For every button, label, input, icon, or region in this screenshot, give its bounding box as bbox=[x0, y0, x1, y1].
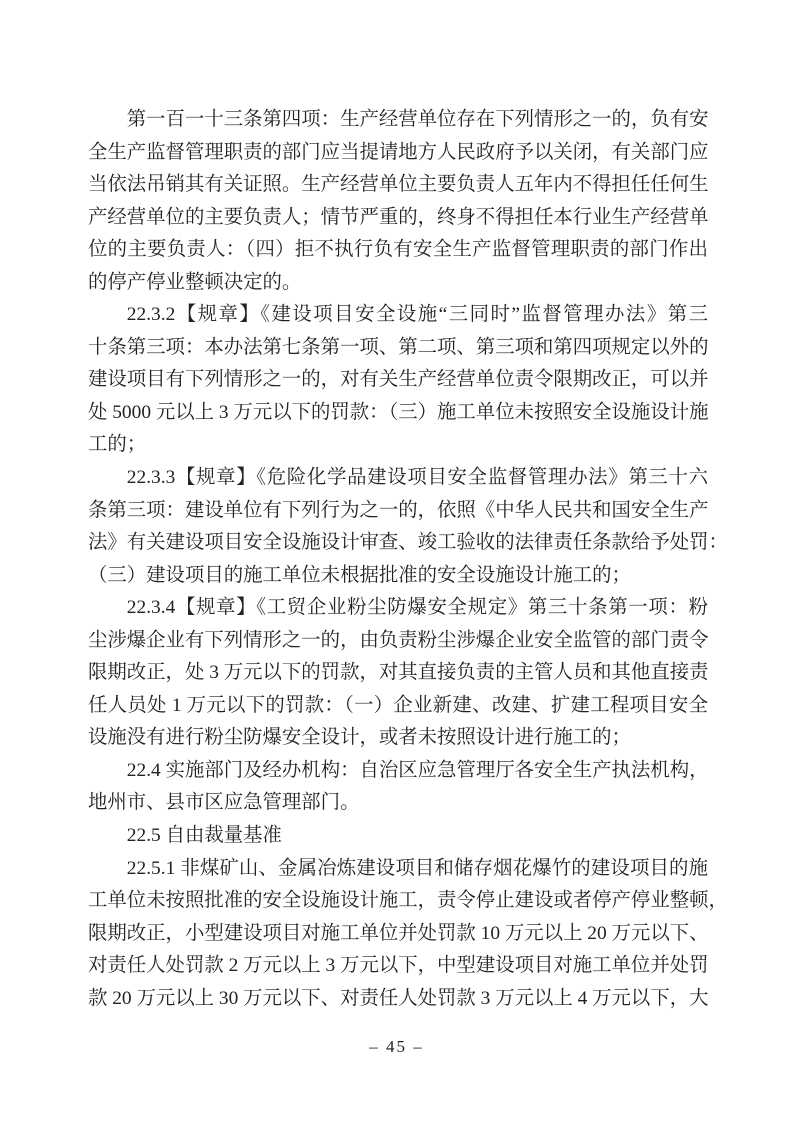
text-line: 限期改正，处 3 万元以下的罚款，对其直接负责的主管人员和其他直接责 bbox=[88, 657, 708, 690]
text-line: 限期改正，小型建设项目对施工单位并处罚款 10 万元以上 20 万元以下、 bbox=[88, 918, 708, 951]
paragraph: 22.3.4【规章】《工贸企业粉尘防爆安全规定》第三十条第一项：粉 尘涉爆企业有… bbox=[88, 592, 708, 755]
text-line: 建设项目有下列情形之一的，对有关生产经营单位责令限期改正，可以并 bbox=[88, 364, 708, 397]
paragraph: 22.5 自由裁量基准 bbox=[88, 820, 708, 853]
document-body: 第一百一十三条第四项：生产经营单位存在下列情形之一的，负有安 全生产监督管理职责… bbox=[88, 104, 708, 1015]
text-line: 地州市、县市区应急管理部门。 bbox=[88, 787, 708, 820]
text-line: 尘涉爆企业有下列情形之一的，由负责粉尘涉爆企业安全监管的部门责令 bbox=[88, 625, 708, 658]
text-line: 对责任人处罚款 2 万元以上 3 万元以下，中型建设项目对施工单位并处罚 bbox=[88, 950, 708, 983]
paragraph: 22.5.1 非煤矿山、金属冶炼建设项目和储存烟花爆竹的建设项目的施 工单位未按… bbox=[88, 853, 708, 1016]
page-footer: – 45 – bbox=[0, 1037, 793, 1057]
section-heading: 22.5 自由裁量基准 bbox=[88, 820, 708, 853]
text-line: 22.3.2【规章】《建设项目安全设施“三同时”监督管理办法》第三 bbox=[88, 299, 708, 332]
text-line: 22.5.1 非煤矿山、金属冶炼建设项目和储存烟花爆竹的建设项目的施 bbox=[88, 853, 708, 886]
text-line: （三）建设项目的施工单位未根据批准的安全设施设计施工的； bbox=[88, 560, 708, 593]
paragraph: 22.3.2【规章】《建设项目安全设施“三同时”监督管理办法》第三 十条第三项：… bbox=[88, 299, 708, 462]
text-line: 22.3.3【规章】《危险化学品建设项目安全监督管理办法》第三十六 bbox=[88, 462, 708, 495]
text-line: 位的主要负责人：（四）拒不执行负有安全生产监督管理职责的部门作出 bbox=[88, 234, 708, 267]
text-line: 设施没有进行粉尘防爆安全设计，或者未按照设计进行施工的； bbox=[88, 722, 708, 755]
text-line: 十条第三项：本办法第七条第一项、第二项、第三项和第四项规定以外的 bbox=[88, 332, 708, 365]
text-line: 条第三项：建设单位有下列行为之一的，依照《中华人民共和国安全生产 bbox=[88, 495, 708, 528]
paragraph: 第一百一十三条第四项：生产经营单位存在下列情形之一的，负有安 全生产监督管理职责… bbox=[88, 104, 708, 299]
text-line: 22.3.4【规章】《工贸企业粉尘防爆安全规定》第三十条第一项：粉 bbox=[88, 592, 708, 625]
text-line: 法》有关建设项目安全设施设计审查、竣工验收的法律责任条款给予处罚： bbox=[88, 527, 708, 560]
page-number: – 45 – bbox=[369, 1037, 424, 1056]
document-page: 第一百一十三条第四项：生产经营单位存在下列情形之一的，负有安 全生产监督管理职责… bbox=[0, 0, 793, 1122]
text-line: 产经营单位的主要负责人；情节严重的，终身不得担任本行业生产经营单 bbox=[88, 202, 708, 235]
text-line: 当依法吊销其有关证照。生产经营单位主要负责人五年内不得担任任何生 bbox=[88, 169, 708, 202]
paragraph: 22.3.3【规章】《危险化学品建设项目安全监督管理办法》第三十六 条第三项：建… bbox=[88, 462, 708, 592]
text-line: 工单位未按照批准的安全设施设计施工，责令停止建设或者停产停业整顿， bbox=[88, 885, 708, 918]
text-line: 的停产停业整顿决定的。 bbox=[88, 267, 708, 300]
text-line: 款 20 万元以上 30 万元以下、对责任人处罚款 3 万元以上 4 万元以下，… bbox=[88, 983, 708, 1016]
text-line: 工的； bbox=[88, 429, 708, 462]
paragraph: 22.4 实施部门及经办机构：自治区应急管理厅各安全生产执法机构， 地州市、县市… bbox=[88, 755, 708, 820]
text-line: 任人员处 1 万元以下的罚款：（一）企业新建、改建、扩建工程项目安全 bbox=[88, 690, 708, 723]
text-line: 全生产监督管理职责的部门应当提请地方人民政府予以关闭，有关部门应 bbox=[88, 137, 708, 170]
text-line: 22.4 实施部门及经办机构：自治区应急管理厅各安全生产执法机构， bbox=[88, 755, 708, 788]
text-line: 第一百一十三条第四项：生产经营单位存在下列情形之一的，负有安 bbox=[88, 104, 708, 137]
text-line: 处 5000 元以上 3 万元以下的罚款：（三）施工单位未按照安全设施设计施 bbox=[88, 397, 708, 430]
